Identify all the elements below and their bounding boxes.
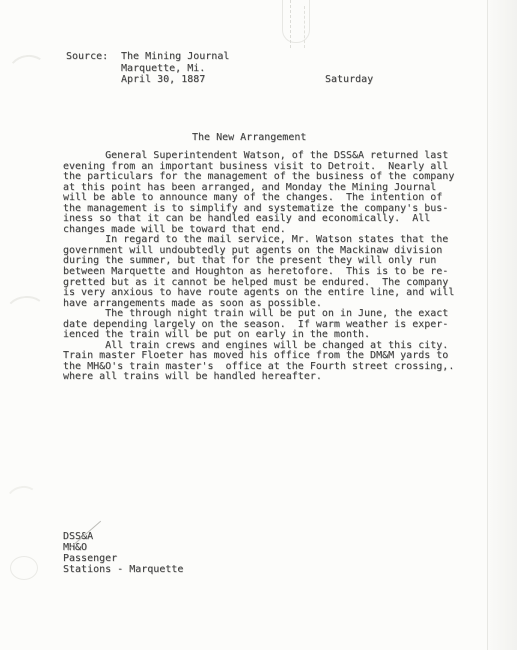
source-details: The Mining Journal Marquette, Mi. April … — [121, 51, 229, 86]
paperclip-shadow-line-left — [290, 0, 291, 48]
binder-arc-mark-top — [6, 52, 50, 91]
article-body: General Superintendent Watson, of the DS… — [63, 151, 454, 383]
article-title: The New Arrangement — [192, 132, 306, 143]
binder-arc-mark-lower — [4, 483, 43, 518]
page-edge-line — [487, 0, 488, 650]
binder-ring-mark-bottom — [10, 556, 38, 580]
paperclip-outline — [282, 0, 310, 43]
document-page: Source: The Mining Journal Marquette, Mi… — [0, 0, 517, 650]
page-right-edge-shading — [488, 0, 517, 650]
paperclip-shadow-line-right — [304, 6, 305, 48]
weekday-label: Saturday — [325, 74, 373, 86]
source-label: Source: — [66, 51, 108, 63]
binder-arc-mark-middle — [4, 294, 49, 332]
